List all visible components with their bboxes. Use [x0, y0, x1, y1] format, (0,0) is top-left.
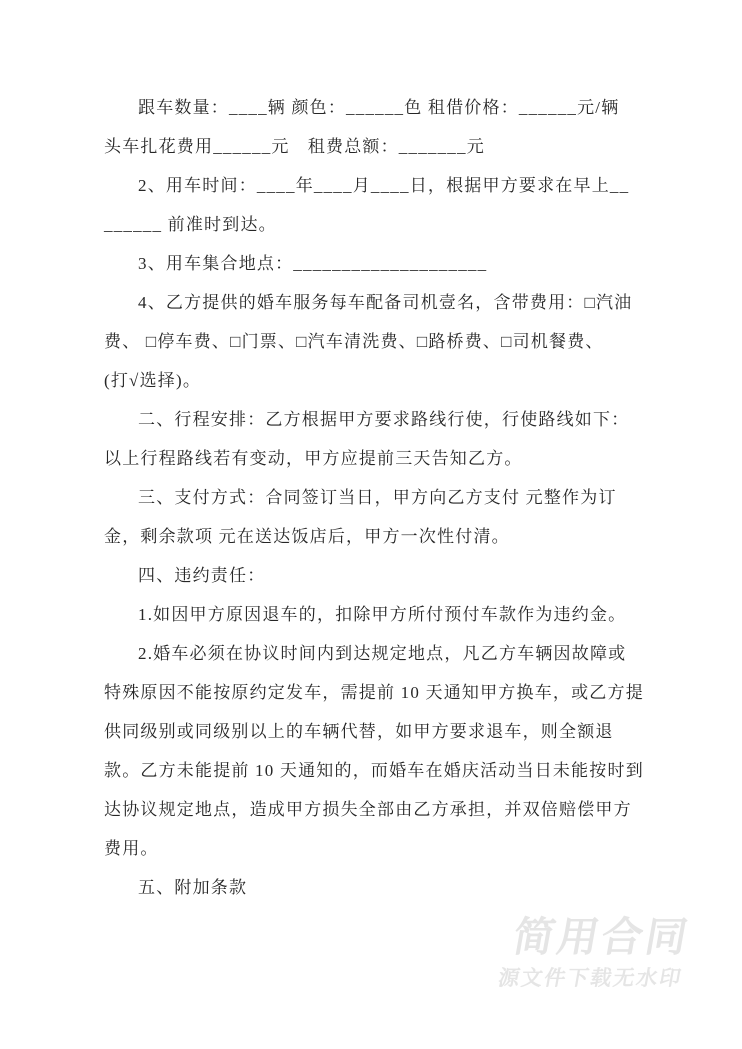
contract-body: 跟车数量：____辆 颜色：______色 租借价格：______元/辆 头车扎… — [104, 88, 644, 907]
watermark: 简用合同 源文件下载无水印 — [496, 914, 694, 991]
contract-line: 跟车数量：____辆 颜色：______色 租借价格：______元/辆 — [104, 88, 644, 127]
contract-line: ______ 前准时到达。 — [104, 205, 644, 244]
contract-line: 五、附加条款 — [104, 868, 644, 907]
contract-line: 款。乙方未能提前 10 天通知的，而婚车在婚庆活动当日未能按时到 — [104, 751, 644, 790]
watermark-title: 简用合同 — [502, 914, 694, 960]
contract-line: 1.如因甲方原因退车的，扣除甲方所付预付车款作为违约金。 — [104, 595, 644, 634]
contract-line: 费用。 — [104, 829, 644, 868]
contract-line: 2.婚车必须在协议时间内到达规定地点，凡乙方车辆因故障或 — [104, 634, 644, 673]
watermark-subtitle: 源文件下载无水印 — [496, 967, 684, 991]
document-page: 跟车数量：____辆 颜色：______色 租借价格：______元/辆 头车扎… — [0, 0, 742, 1049]
contract-line: (打√选择)。 — [104, 361, 644, 400]
contract-line: 头车扎花费用______元 租费总额：_______元 — [104, 127, 644, 166]
contract-line: 特殊原因不能按原约定发车，需提前 10 天通知甲方换车，或乙方提 — [104, 673, 644, 712]
contract-line: 4、乙方提供的婚车服务每车配备司机壹名，含带费用：□汽油 — [104, 283, 644, 322]
contract-line: 二、行程安排：乙方根据甲方要求路线行使，行使路线如下： — [104, 400, 644, 439]
contract-line: 以上行程路线若有变动，甲方应提前三天告知乙方。 — [104, 439, 644, 478]
contract-line: 达协议规定地点，造成甲方损失全部由乙方承担，并双倍赔偿甲方 — [104, 790, 644, 829]
contract-line: 四、违约责任： — [104, 556, 644, 595]
contract-line: 2、用车时间：____年____月____日，根据甲方要求在早上__ — [104, 166, 644, 205]
contract-line: 金，剩余款项 元在送达饭店后，甲方一次性付清。 — [104, 517, 644, 556]
contract-line: 费、 □停车费、□门票、□汽车清洗费、□路桥费、□司机餐费、 — [104, 322, 644, 361]
contract-line: 供同级别或同级别以上的车辆代替，如甲方要求退车，则全额退 — [104, 712, 644, 751]
contract-line: 3、用车集合地点：____________________ — [104, 244, 644, 283]
contract-line: 三、支付方式：合同签订当日，甲方向乙方支付 元整作为订 — [104, 478, 644, 517]
